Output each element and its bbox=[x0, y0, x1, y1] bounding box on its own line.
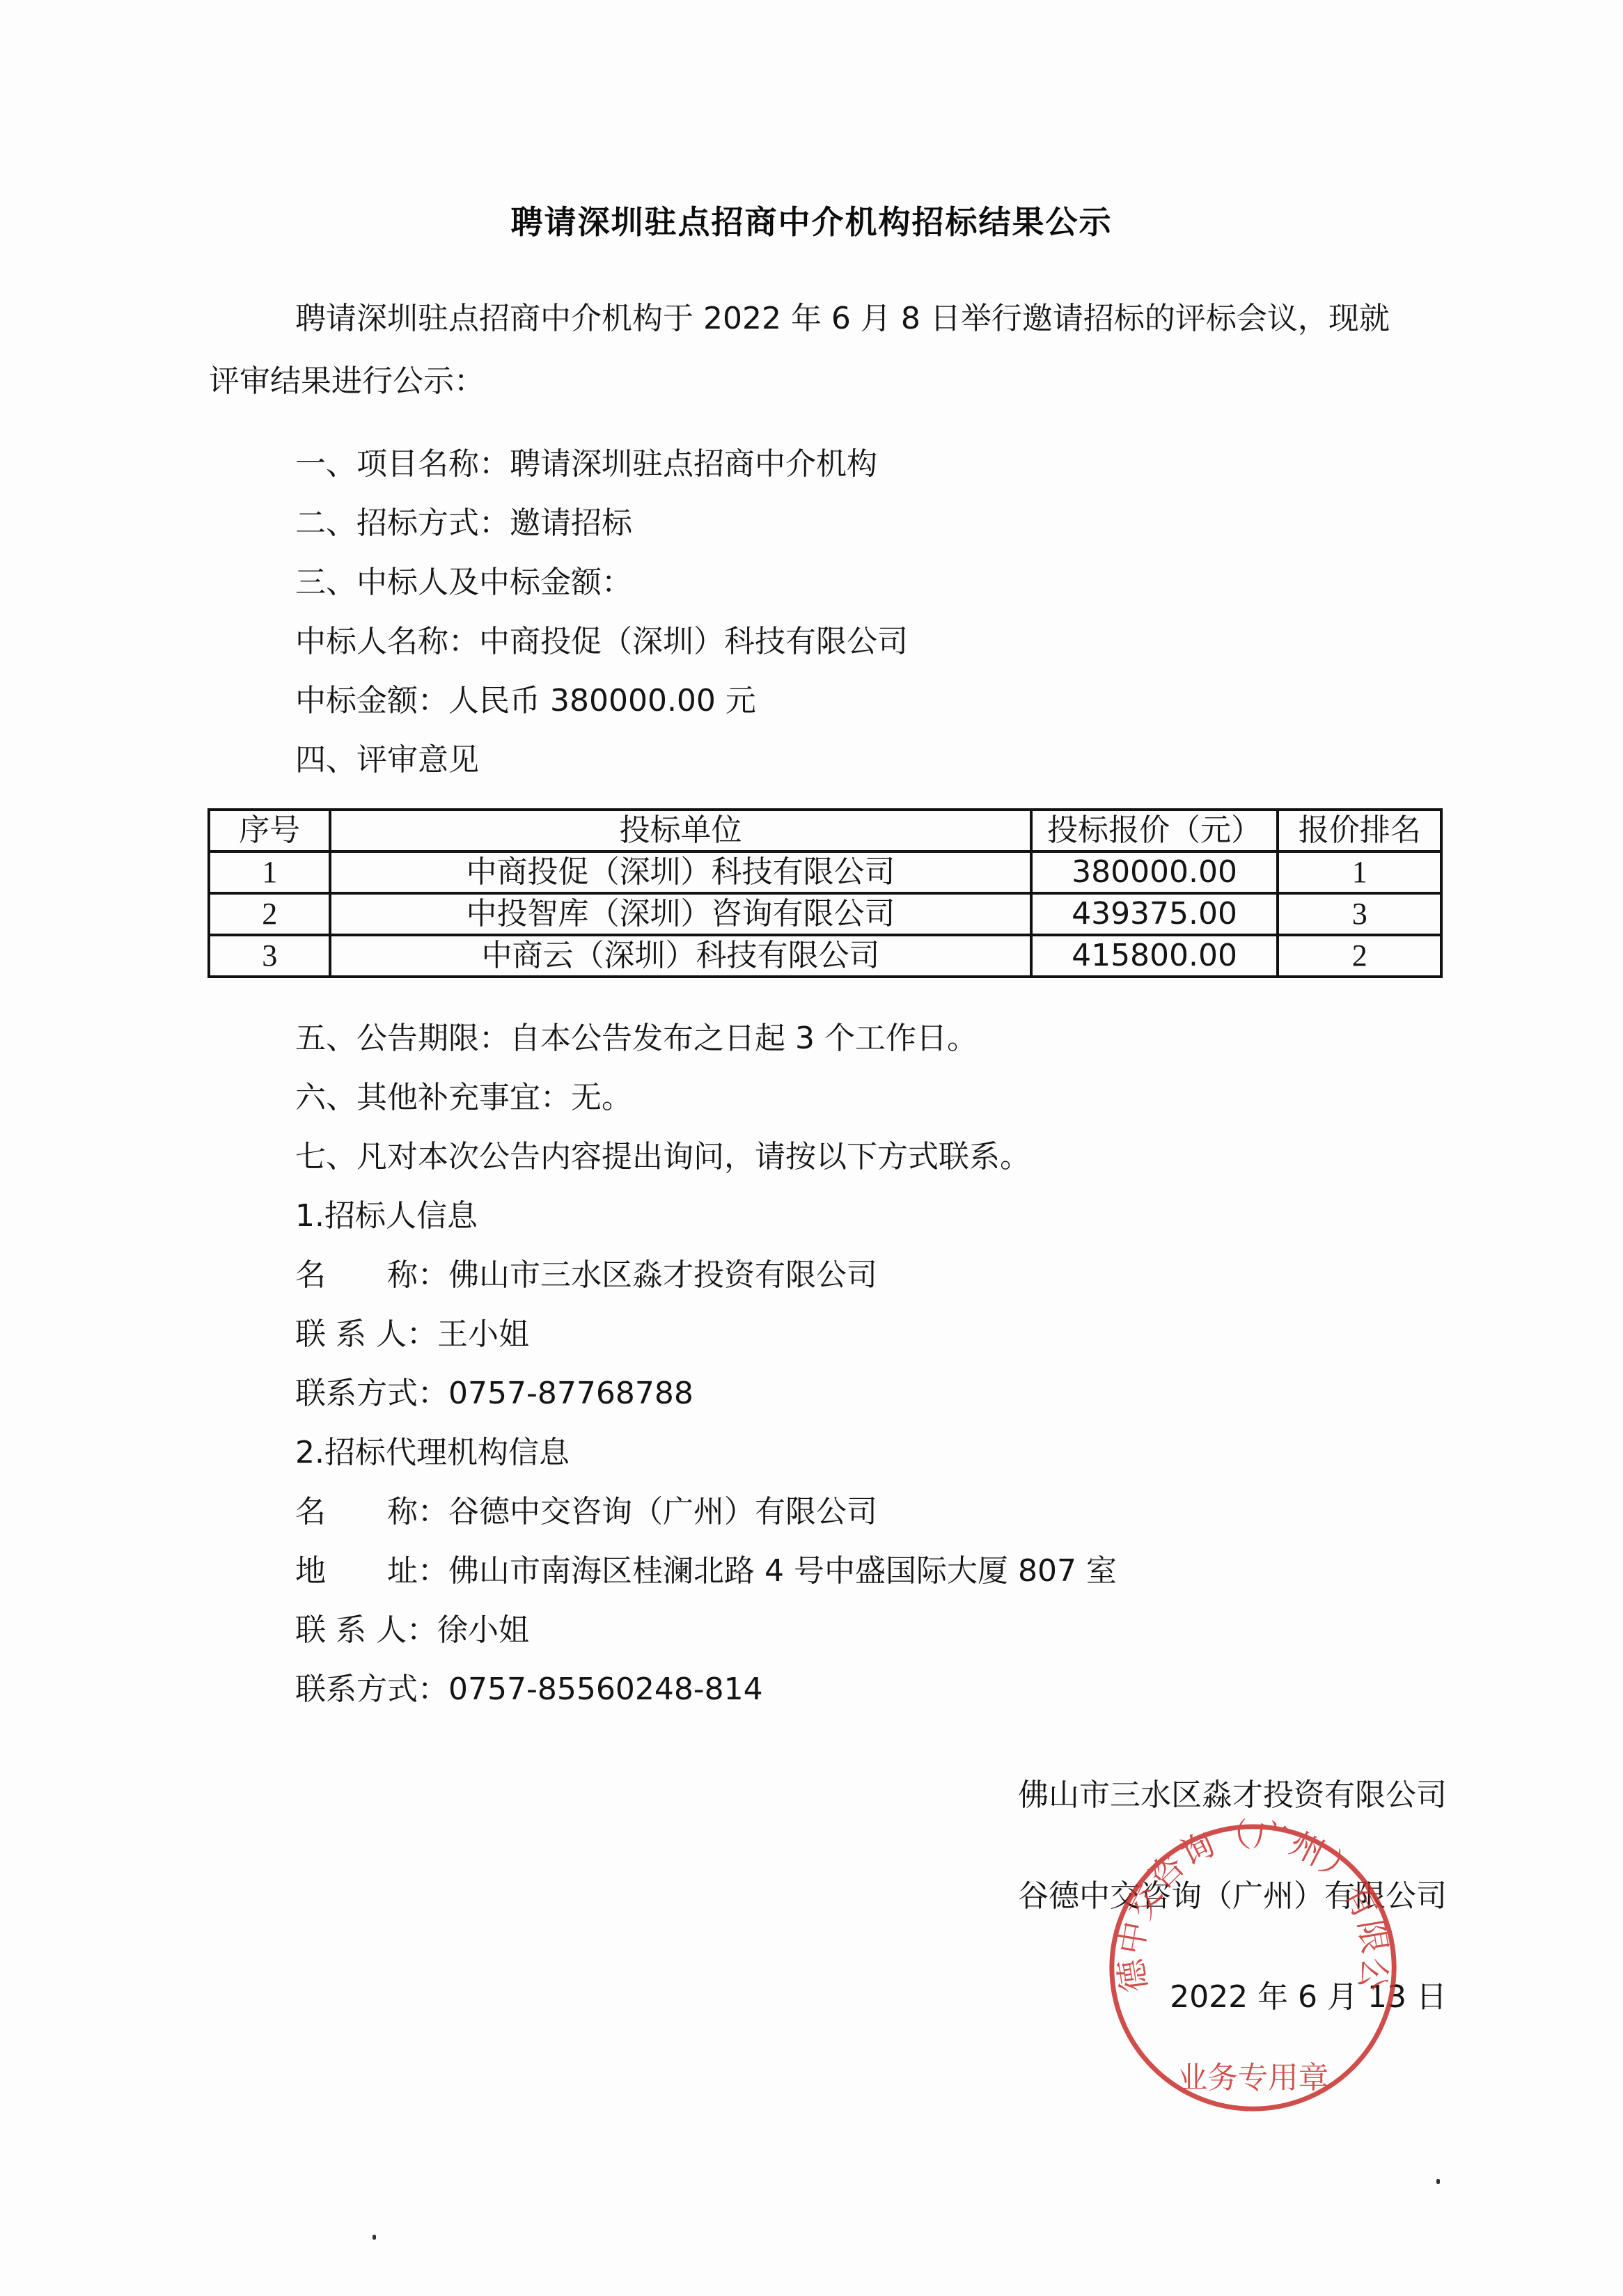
header-bidder: 投标单位 bbox=[330, 810, 1030, 851]
section-project-name: 一、项目名称：聘请深圳驻点招商中介机构 bbox=[295, 443, 877, 485]
table-row: 3 中商云（深圳）科技有限公司 415800.00 2 bbox=[209, 935, 1441, 977]
table-row: 2 中投智库（深圳）咨询有限公司 439375.00 3 bbox=[209, 893, 1441, 935]
agency-phone: 联系方式：0757-85560248-814 bbox=[295, 1669, 763, 1711]
announcement-period: 五、公告期限：自本公告发布之日起 3 个工作日。 bbox=[295, 1018, 978, 1060]
document-page: 聘请深圳驻点招商中介机构招标结果公示 聘请深圳驻点招商中介机构于 2022 年 … bbox=[0, 0, 1623, 2296]
svg-text:业务专用章: 业务专用章 bbox=[1177, 2061, 1329, 2096]
row-bidder: 中商云（深圳）科技有限公司 bbox=[330, 935, 1030, 977]
bid-results-table: 序号 投标单位 投标报价（元） 报价排名 1 中商投促（深圳）科技有限公司 38… bbox=[207, 808, 1443, 978]
scan-speck bbox=[1436, 2179, 1440, 2184]
other-matters: 六、其他补充事宜：无。 bbox=[295, 1077, 632, 1119]
tenderer-heading: 1.招标人信息 bbox=[295, 1195, 478, 1237]
row-rank: 2 bbox=[1278, 935, 1441, 977]
tenderer-phone-label: 联系方式： bbox=[295, 1376, 448, 1411]
table-row: 1 中商投促（深圳）科技有限公司 380000.00 1 bbox=[209, 851, 1441, 893]
tenderer-name-label: 名 称： bbox=[295, 1257, 448, 1293]
header-price: 投标报价（元） bbox=[1031, 810, 1278, 851]
row-no: 1 bbox=[209, 851, 330, 893]
company-seal-icon: 谷德中交咨询（广州）有限公司 业务专用章 bbox=[1101, 1816, 1404, 2119]
agency-phone-label: 联系方式： bbox=[295, 1672, 448, 1707]
signature-date: 2022 年 6 月 13 日 bbox=[1170, 1976, 1447, 2018]
agency-name-label: 名 称： bbox=[295, 1494, 448, 1530]
tenderer-contact-label: 联 系 人： bbox=[295, 1316, 437, 1352]
row-no: 3 bbox=[209, 935, 330, 977]
header-rank: 报价排名 bbox=[1278, 810, 1441, 851]
header-no: 序号 bbox=[209, 810, 330, 851]
row-no: 2 bbox=[209, 893, 330, 935]
agency-phone-value: 0757-85560248-814 bbox=[448, 1672, 763, 1707]
tenderer-name: 名 称：佛山市三水区淼才投资有限公司 bbox=[295, 1255, 877, 1296]
row-bidder: 中投智库（深圳）咨询有限公司 bbox=[330, 893, 1030, 935]
agency-address-label: 地 址： bbox=[295, 1553, 448, 1589]
table-header-row: 序号 投标单位 投标报价（元） 报价排名 bbox=[209, 810, 1441, 851]
agency-contact-label: 联 系 人： bbox=[295, 1612, 437, 1648]
intro-line-1: 聘请深圳驻点招商中介机构于 2022 年 6 月 8 日举行邀请招标的评标会议，… bbox=[295, 298, 1390, 340]
tenderer-name-value: 佛山市三水区淼才投资有限公司 bbox=[448, 1257, 877, 1293]
intro-line-2: 评审结果进行公示： bbox=[209, 361, 485, 402]
row-rank: 1 bbox=[1278, 851, 1441, 893]
agency-name-value: 谷德中交咨询（广州）有限公司 bbox=[448, 1494, 877, 1530]
agency-contact: 联 系 人：徐小姐 bbox=[295, 1610, 529, 1651]
row-price: 380000.00 bbox=[1031, 851, 1278, 893]
agency-address-value: 佛山市南海区桂澜北路 4 号中盛国际大厦 807 室 bbox=[448, 1553, 1117, 1589]
section-bid-method: 二、招标方式：邀请招标 bbox=[295, 503, 632, 544]
contact-intro: 七、凡对本次公告内容提出询问，请按以下方式联系。 bbox=[295, 1136, 1030, 1178]
tenderer-phone: 联系方式：0757-87768788 bbox=[295, 1373, 693, 1415]
agency-contact-value: 徐小姐 bbox=[437, 1612, 529, 1648]
section-review-heading: 四、评审意见 bbox=[295, 739, 479, 781]
document-title: 聘请深圳驻点招商中介机构招标结果公示 bbox=[0, 197, 1623, 243]
row-price: 439375.00 bbox=[1031, 893, 1278, 935]
row-bidder: 中商投促（深圳）科技有限公司 bbox=[330, 851, 1030, 893]
agency-name: 名 称：谷德中交咨询（广州）有限公司 bbox=[295, 1491, 877, 1533]
row-rank: 3 bbox=[1278, 893, 1441, 935]
tenderer-phone-value: 0757-87768788 bbox=[448, 1376, 693, 1411]
agency-heading: 2.招标代理机构信息 bbox=[295, 1432, 570, 1474]
winner-name: 中标人名称：中商投促（深圳）科技有限公司 bbox=[295, 621, 908, 663]
signature-org-2: 谷德中交咨询（广州）有限公司 bbox=[1018, 1876, 1447, 1917]
signature-org-1: 佛山市三水区淼才投资有限公司 bbox=[1018, 1775, 1447, 1816]
scan-speck bbox=[373, 2235, 376, 2240]
section-winner-heading: 三、中标人及中标金额： bbox=[295, 562, 632, 604]
agency-address: 地 址：佛山市南海区桂澜北路 4 号中盛国际大厦 807 室 bbox=[295, 1550, 1117, 1592]
row-price: 415800.00 bbox=[1031, 935, 1278, 977]
tenderer-contact-value: 王小姐 bbox=[437, 1316, 529, 1352]
winner-amount: 中标金额：人民币 380000.00 元 bbox=[295, 680, 756, 722]
tenderer-contact: 联 系 人：王小姐 bbox=[295, 1314, 529, 1355]
